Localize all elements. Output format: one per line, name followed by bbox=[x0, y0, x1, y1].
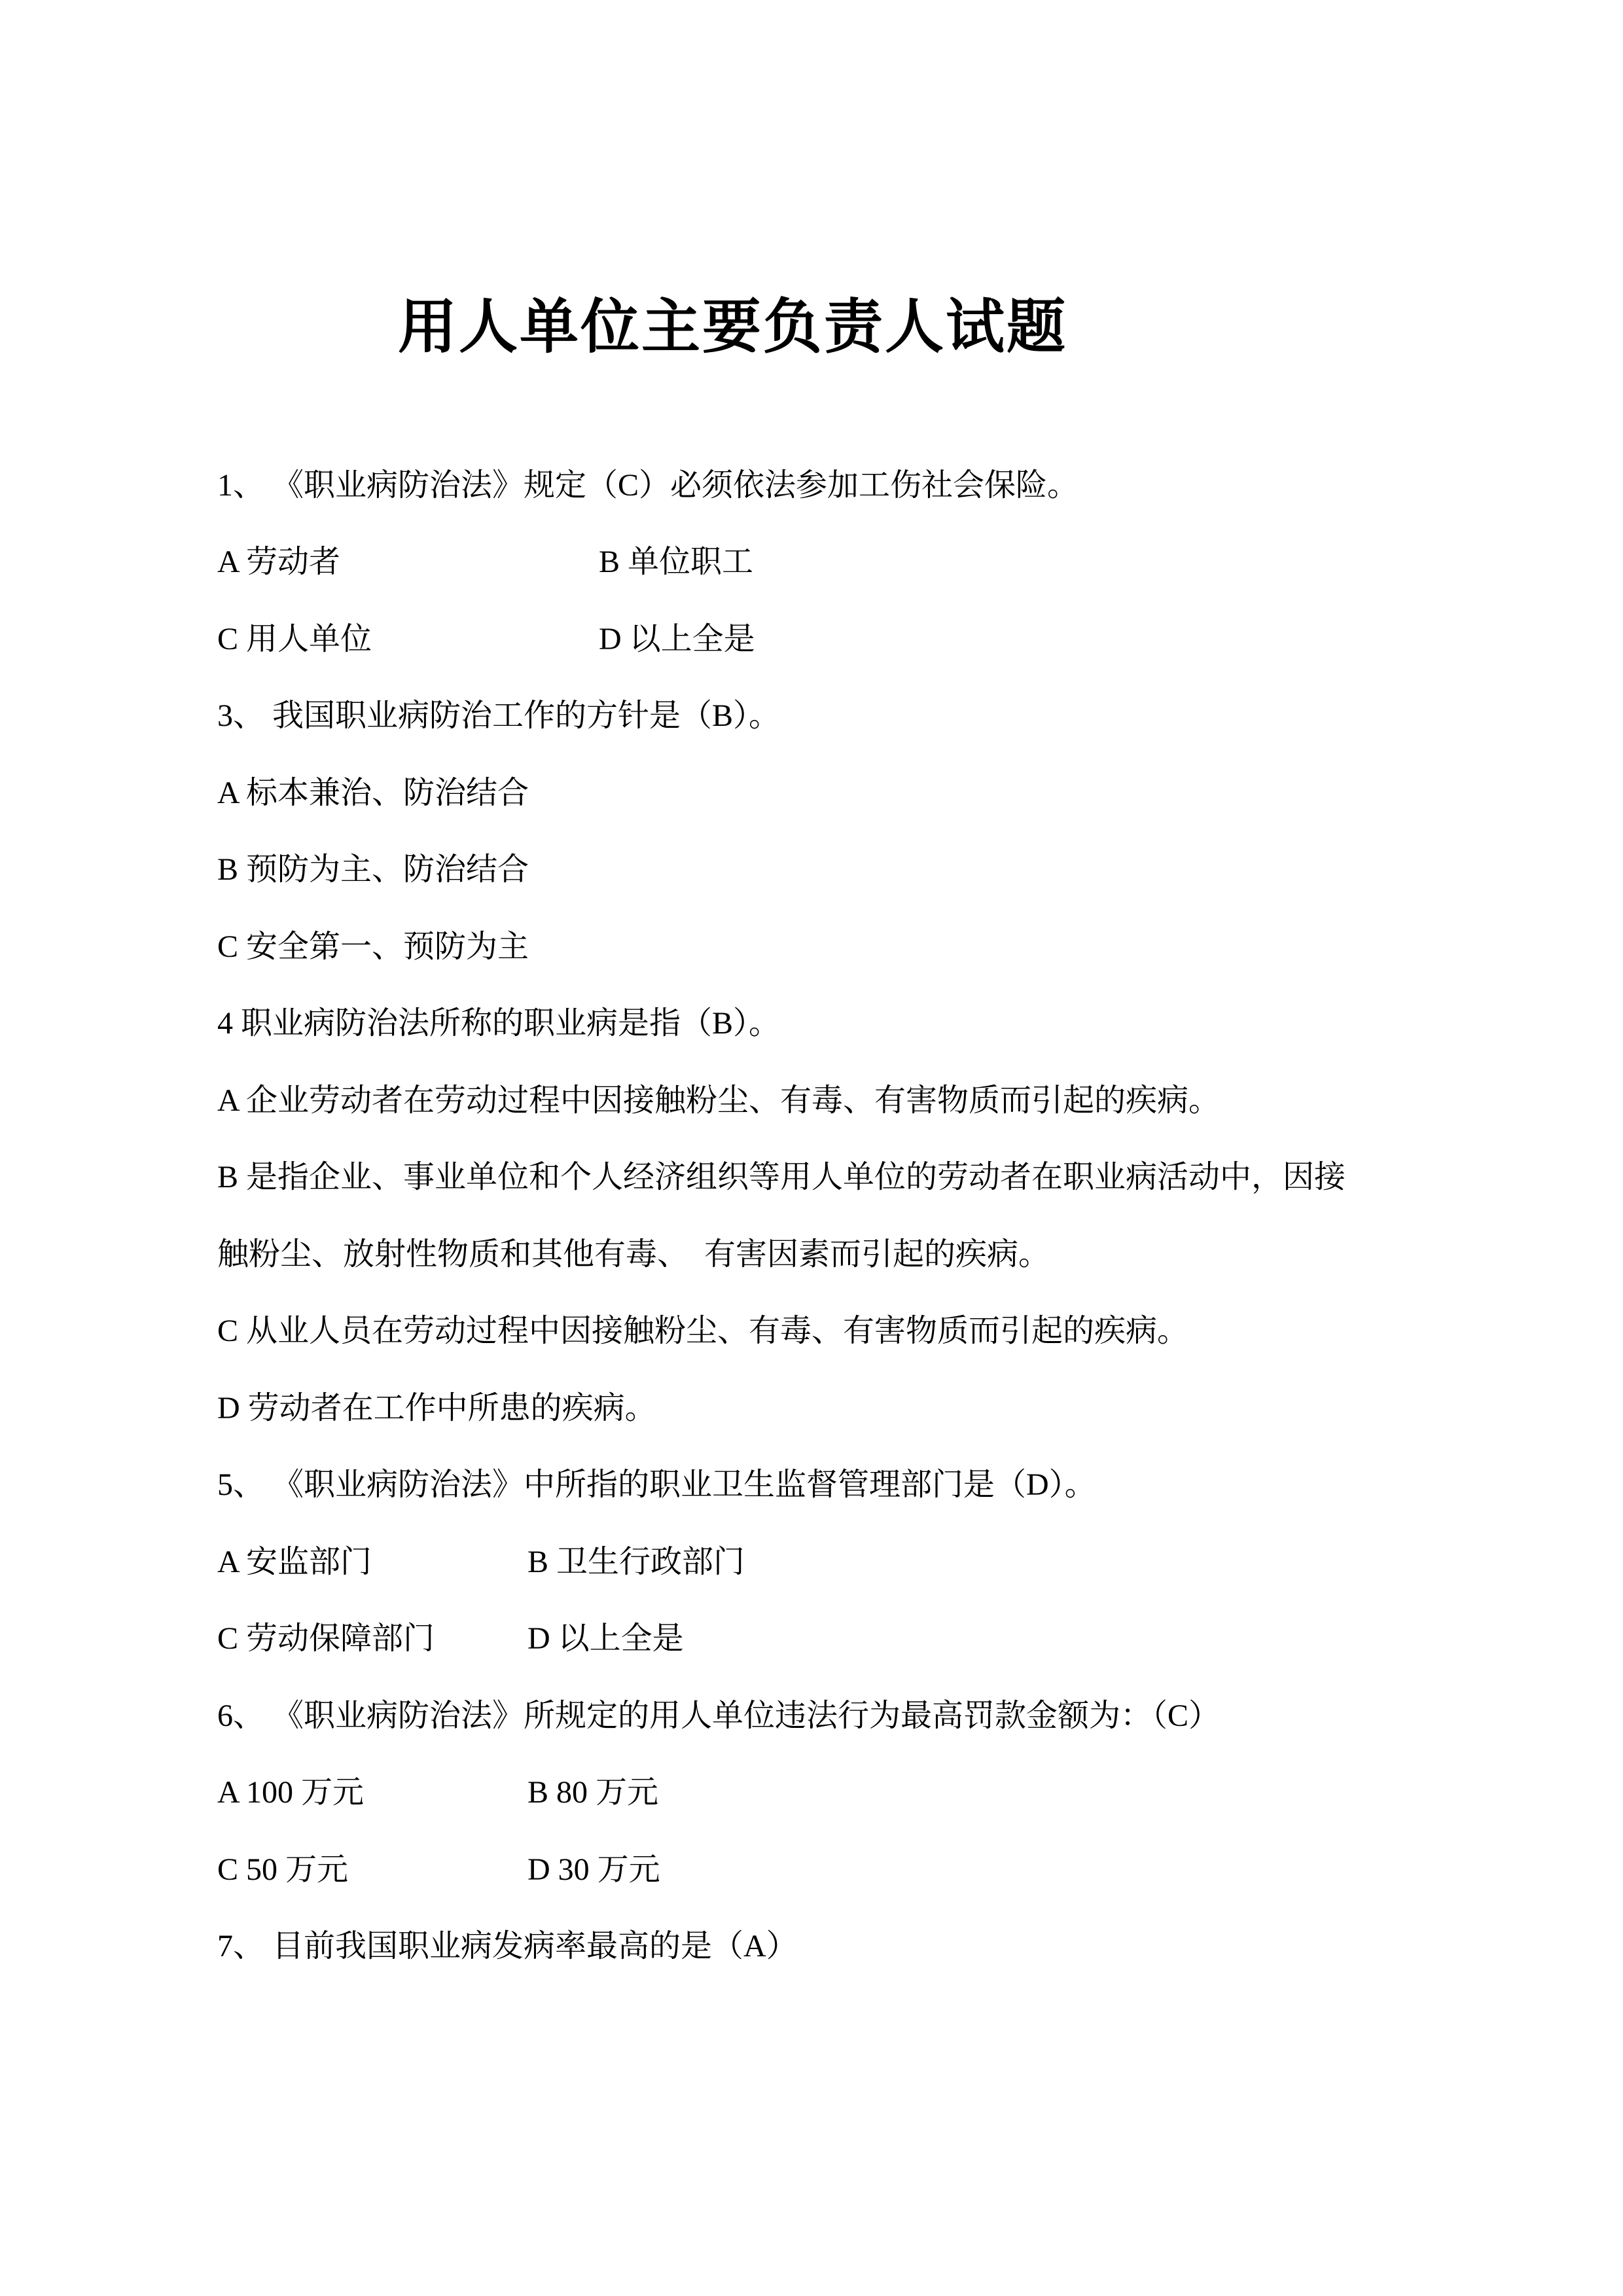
question-1-option-d: D 以上全是 bbox=[599, 601, 755, 678]
question-4-option-a: A 企业劳动者在劳动过程中因接触粉尘、有毒、有害物质而引起的疾病。 bbox=[217, 1062, 1397, 1139]
question-5-option-d: D 以上全是 bbox=[527, 1600, 684, 1677]
question-3-option-c: C 安全第一、预防为主 bbox=[217, 908, 1397, 986]
question-4-text: 4 职业病防治法所称的职业病是指（B）。 bbox=[217, 985, 1397, 1062]
question-4-option-c: C 从业人员在劳动过程中因接触粉尘、有毒、有害物质而引起的疾病。 bbox=[217, 1293, 1397, 1370]
question-5-option-a: A 安监部门 bbox=[217, 1545, 372, 1579]
question-1-option-b: B 单位职工 bbox=[599, 524, 753, 601]
question-5-options-row-2: C 劳动保障部门D 以上全是 bbox=[217, 1600, 1397, 1677]
question-5-text: 5、 《职业病防治法》中所指的职业卫生监督管理部门是（D）。 bbox=[217, 1446, 1397, 1524]
document-page: 用人单位主要负责人试题 1、 《职业病防治法》规定（C）必须依法参加工伤社会保险… bbox=[0, 0, 1623, 2296]
question-4-option-b: B 是指企业、事业单位和个人经济组织等用人单位的劳动者在职业病活动中，因接 bbox=[217, 1139, 1397, 1216]
question-1-options-row-2: C 用人单位D 以上全是 bbox=[217, 601, 1397, 678]
question-3-text: 3、 我国职业病防治工作的方针是（B）。 bbox=[217, 677, 1397, 755]
question-1-options-row-1: A 劳动者B 单位职工 bbox=[217, 524, 1397, 601]
question-6-option-a: A 100 万元 bbox=[217, 1775, 364, 1810]
question-6-options-row-2: C 50 万元D 30 万元 bbox=[217, 1831, 1397, 1909]
question-6-option-d: D 30 万元 bbox=[527, 1831, 660, 1909]
question-1-option-a: A 劳动者 bbox=[217, 545, 340, 579]
question-6-option-c: C 50 万元 bbox=[217, 1852, 348, 1887]
question-1-text: 1、 《职业病防治法》规定（C）必须依法参加工伤社会保险。 bbox=[217, 447, 1397, 524]
question-7-text: 7、 目前我国职业病发病率最高的是（A） bbox=[217, 1908, 1397, 1985]
question-5-option-b: B 卫生行政部门 bbox=[527, 1524, 745, 1601]
question-3-option-b: B 预防为主、防治结合 bbox=[217, 831, 1397, 908]
question-1-option-c: C 用人单位 bbox=[217, 622, 372, 656]
question-5-option-c: C 劳动保障部门 bbox=[217, 1621, 435, 1656]
question-6-text: 6、 《职业病防治法》所规定的用人单位违法行为最高罚款金额为：（C） bbox=[217, 1677, 1397, 1755]
question-6-option-b: B 80 万元 bbox=[527, 1754, 658, 1831]
document-title: 用人单位主要负责人试题 bbox=[398, 289, 1067, 367]
question-3-option-a: A 标本兼治、防治结合 bbox=[217, 755, 1397, 832]
question-4-option-b-continuation: 触粉尘、放射性物质和其他有毒、 有害因素而引起的疾病。 bbox=[217, 1216, 1397, 1293]
question-5-options-row-1: A 安监部门B 卫生行政部门 bbox=[217, 1524, 1397, 1601]
question-6-options-row-1: A 100 万元B 80 万元 bbox=[217, 1754, 1397, 1831]
question-4-option-d: D 劳动者在工作中所患的疾病。 bbox=[217, 1370, 1397, 1447]
